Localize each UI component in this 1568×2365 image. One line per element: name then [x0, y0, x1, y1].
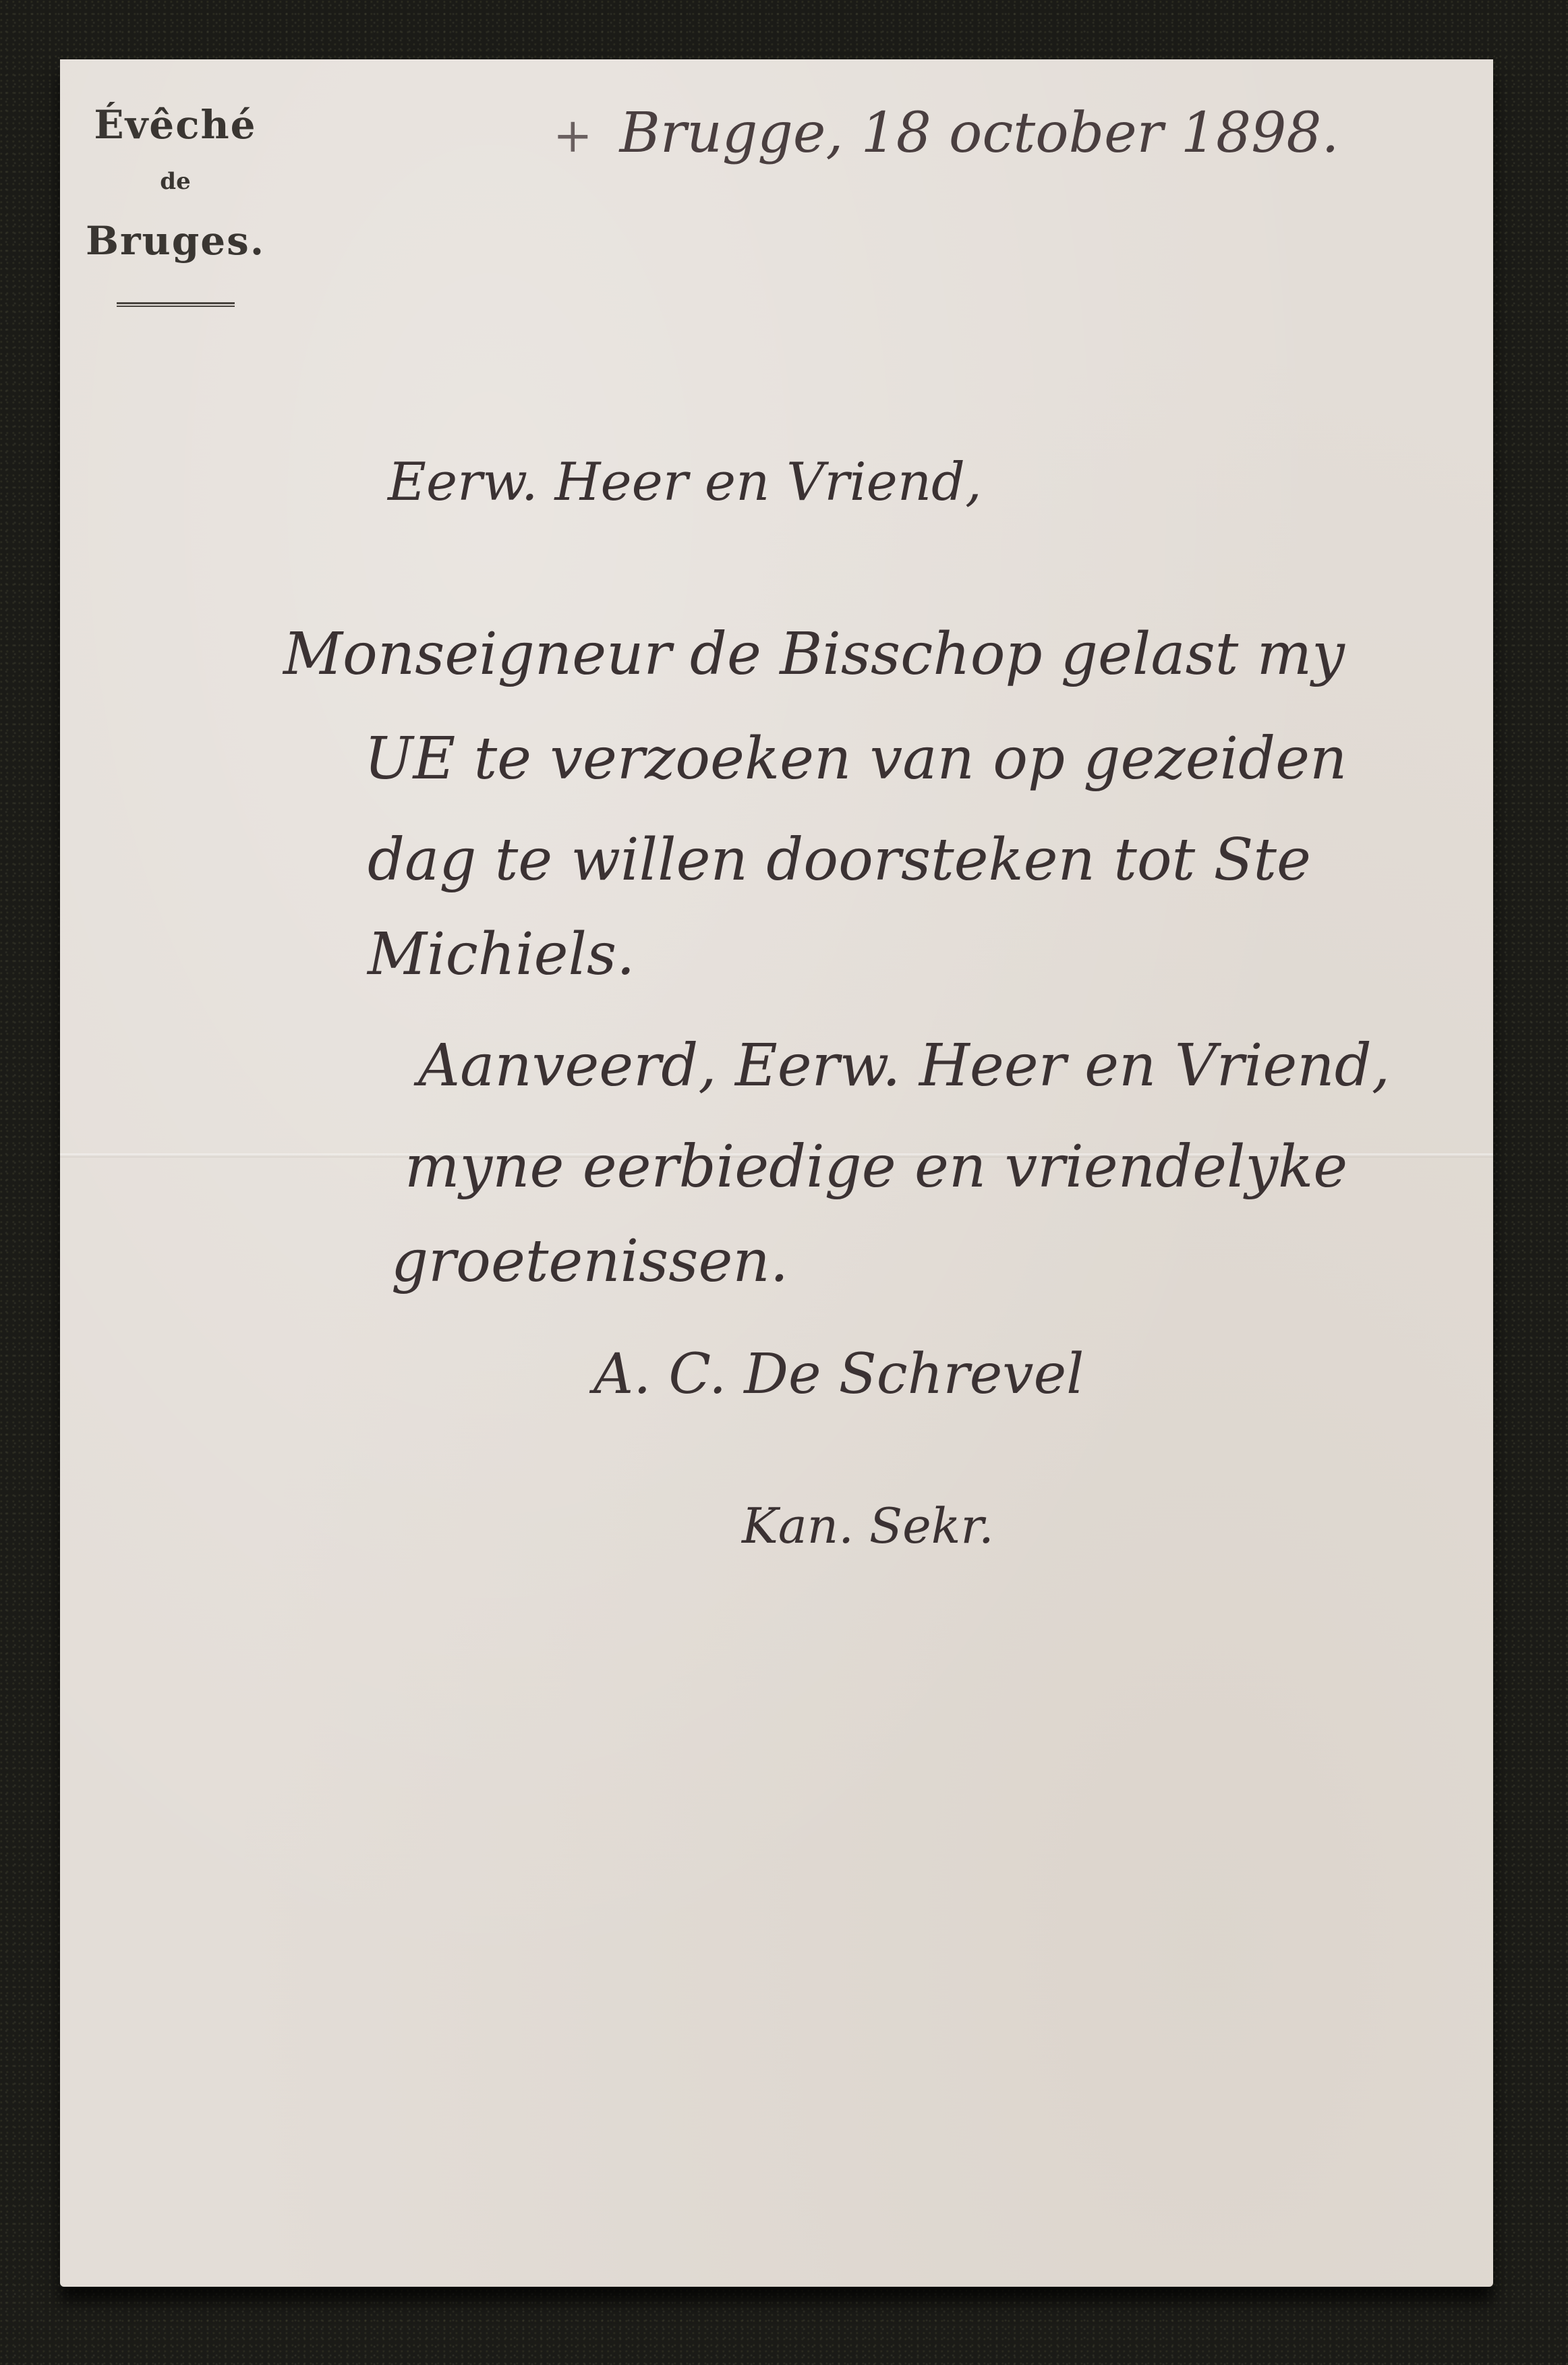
body-line: Monseigneur de Bisschop gelast my: [283, 621, 1345, 688]
body-line: Michiels.: [368, 921, 635, 988]
salutation: Eerw. Heer en Vriend,: [388, 452, 982, 513]
body-line: groetenissen.: [391, 1228, 788, 1295]
body-line: dag te willen doorsteken tot Ste: [368, 826, 1311, 894]
place-date: +Brugge, 18 october 1898.: [553, 101, 1339, 165]
cross-mark: +: [553, 108, 593, 163]
signer-title: Kan. Sekr.: [742, 1498, 994, 1554]
place-date-text: Brugge, 18 october 1898.: [620, 101, 1339, 165]
letterhead-line-2: de: [67, 158, 283, 205]
signature: A. C. De Schrevel: [593, 1342, 1084, 1406]
letterhead-line-3: Bruges.: [67, 217, 283, 264]
body-line: UE te verzoeken van op gezeiden: [364, 725, 1347, 793]
letterhead: Évêché de Bruges.: [67, 101, 283, 307]
body-line: myne eerbiedige en vriendelyke: [405, 1133, 1347, 1201]
body-line: Aanveerd, Eerw. Heer en Vriend,: [418, 1032, 1390, 1100]
letterhead-line-1: Évêché: [67, 101, 283, 148]
letterhead-rule: [117, 302, 235, 307]
